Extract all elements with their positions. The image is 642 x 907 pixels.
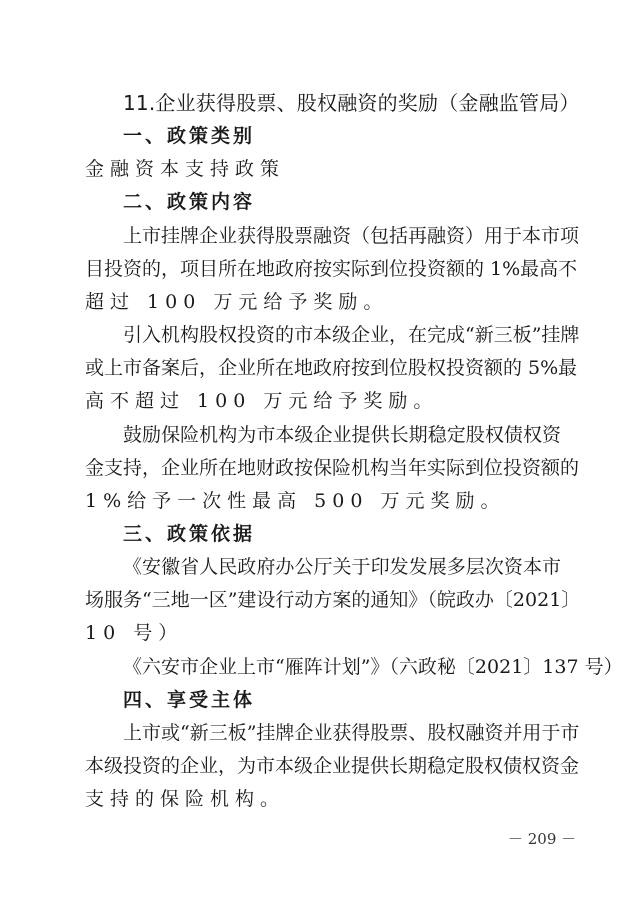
document-title: 11.企业获得股票、股权融资的奖励（金融监管局）: [123, 88, 580, 118]
section-heading-beneficiary: 四、享受主体: [123, 685, 255, 715]
content-para3-line2: 金支持，企业所在地财政按保险机构当年实际到位投资额的: [85, 453, 561, 483]
basis-ref2-line1: 《六安市企业上市“雁阵计划”》（六政秘〔2021〕137 号）: [123, 652, 561, 682]
beneficiary-line2: 本级投资的企业，为市本级企业提供长期稳定股权债权资金: [85, 751, 561, 781]
basis-ref1-line2: 场服务“三地一区”建设行动方案的通知》（皖政办〔2021〕: [85, 585, 561, 615]
section-heading-basis: 三、政策依据: [123, 519, 255, 549]
content-para3-line3: 1%给予一次性最高 500 万元奖励。: [85, 486, 506, 516]
section-heading-category: 一、政策类别: [123, 121, 255, 151]
basis-ref1-line1: 《安徽省人民政府办公厅关于印发发展多层次资本市: [123, 552, 561, 582]
category-text: 金融资本支持政策: [85, 154, 285, 184]
content-para3-line1: 鼓励保险机构为市本级企业提供长期稳定股权债权资: [123, 420, 561, 450]
content-para1-line2: 目投资的，项目所在地政府按实际到位投资额的 1%最高不: [85, 254, 561, 284]
content-para2-line1: 引入机构股权投资的市本级企业，在完成“新三板”挂牌: [123, 320, 561, 350]
beneficiary-line1: 上市或“新三板”挂牌企业获得股票、股权融资并用于市: [123, 718, 561, 748]
content-para2-line3: 高不超过 100 万元给予奖励。: [85, 386, 438, 416]
content-para1-line3: 超过 100 万元给予奖励。: [85, 287, 388, 317]
page-number: － 209 －: [508, 828, 576, 849]
content-para2-line2: 或上市备案后，企业所在地政府按到位股权投资额的 5%最: [85, 353, 561, 383]
basis-ref1-line3: 10 号）: [85, 618, 183, 648]
beneficiary-line3: 支持的保险机构。: [85, 784, 285, 814]
content-para1-line1: 上市挂牌企业获得股票融资（包括再融资）用于本市项: [123, 221, 561, 251]
section-heading-content: 二、政策内容: [123, 187, 255, 217]
